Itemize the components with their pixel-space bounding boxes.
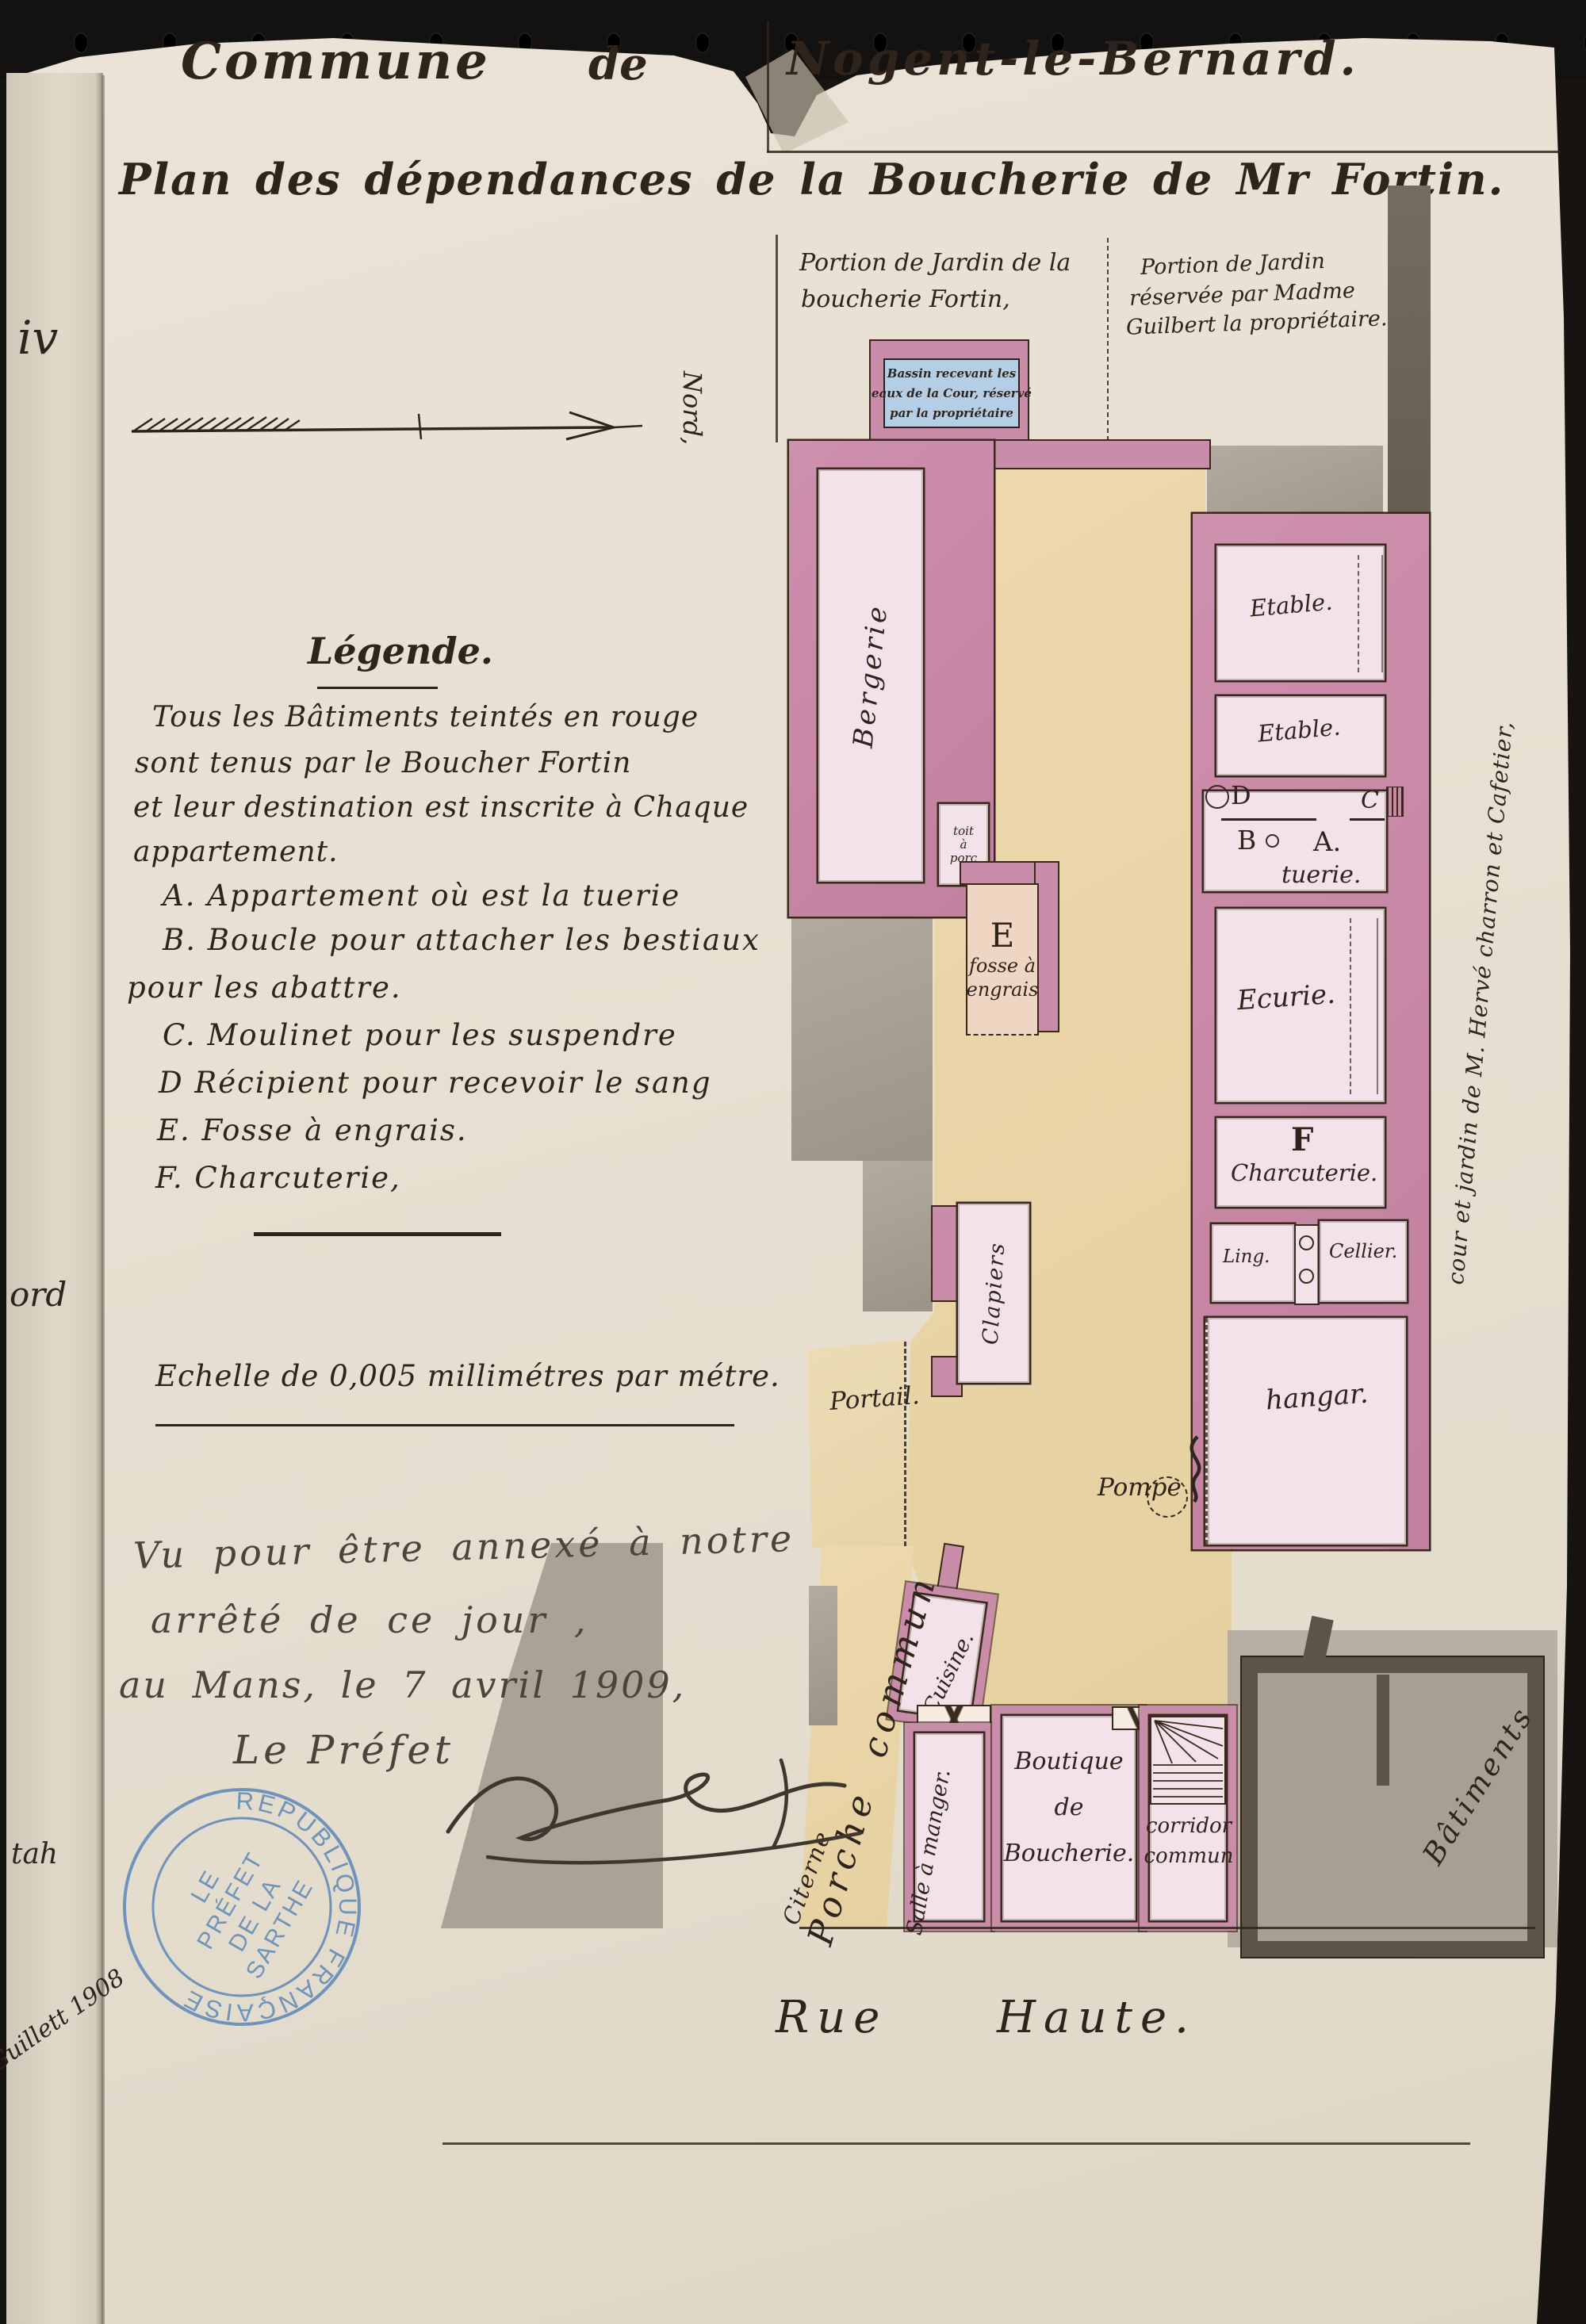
- scanned-plan-document: iv ord tah Guillett 1908 Commune de Noge…: [0, 0, 1586, 2324]
- pigsty-line1: toit: [953, 825, 974, 838]
- legend-intro-3: et leur destination est inscrite à Chaqu…: [133, 791, 749, 824]
- legend-item-e: E. Fosse à engrais.: [157, 1113, 468, 1147]
- boutique-line3: Boucherie.: [1004, 1831, 1135, 1877]
- dark-building-partition: [1377, 1675, 1389, 1786]
- bergerie-text: Bergerie: [848, 602, 895, 749]
- basin-text-2: eaux de la Cour, réservé: [872, 384, 1032, 404]
- legend-intro-1: Tous les Bâtiments teintés en rouge: [152, 701, 699, 733]
- fosse-letter: E: [990, 917, 1015, 954]
- basin-text-3: par la propriétaire: [890, 404, 1013, 423]
- basin-box: Bassin recevant les eaux de la Cour, rés…: [883, 358, 1020, 428]
- garden-left-line1: Portion de Jardin de la: [799, 249, 1071, 277]
- legend-item-b: B. Boucle pour attacher les bestiaux: [163, 923, 760, 957]
- gray-block-lower: [863, 1161, 933, 1311]
- legend-item-b2: pour les abattre.: [127, 971, 402, 1005]
- garden-left-boundary: [776, 235, 778, 442]
- title-de: de: [588, 38, 648, 90]
- portail-yard: [803, 1338, 914, 1548]
- gray-block-upper: [791, 912, 933, 1161]
- boutique-label: Boutique de Boucherie.: [1002, 1729, 1136, 1887]
- legend-item-a: A. Appartement où est la tuerie: [163, 879, 680, 913]
- legend-end-rule: [254, 1232, 501, 1236]
- title-commune: Commune: [181, 32, 491, 91]
- garden-dashed-divider: [1107, 238, 1109, 441]
- tuerie-partition-left: [1221, 818, 1316, 821]
- north-label: Nord,: [677, 371, 707, 445]
- cellier-label: Cellier.: [1329, 1240, 1397, 1262]
- corridor-label: corridor commun: [1145, 1809, 1232, 1873]
- tuerie-letter-c: C: [1361, 787, 1379, 814]
- clapiers-text: Clapiers: [978, 1241, 1009, 1346]
- legend-item-f: F. Charcuterie,: [155, 1161, 401, 1195]
- gray-rect-porch-left: [809, 1586, 837, 1725]
- legend-item-c: C. Moulinet pour les suspendre: [163, 1018, 677, 1052]
- legend-title-underline: [317, 687, 438, 689]
- portail-dashed-line: [904, 1342, 906, 1546]
- bottom-rule: [442, 2142, 1470, 2145]
- dark-building: [1242, 1657, 1543, 1957]
- street-name: Rue Haute.: [776, 1992, 1197, 2043]
- boutique-line1: Boutique: [1014, 1739, 1123, 1785]
- cour-jardin-text: cour et jardin de M. Hervé charron et Ca…: [1442, 720, 1517, 1286]
- room-clapiers: Clapiers: [958, 1204, 1029, 1383]
- room-fosse: E fosse à engrais: [966, 883, 1039, 1036]
- charcuterie-letter-f: F: [1291, 1121, 1313, 1158]
- tuerie-letter-a: A.: [1313, 826, 1341, 858]
- moulinet-hatch: [1386, 787, 1404, 817]
- staircase: [1150, 1716, 1226, 1805]
- pigsty-line2: à: [960, 838, 967, 852]
- fosse-wall-right: [1036, 863, 1058, 1031]
- door-hatch-salle: [917, 1705, 991, 1730]
- tuerie-b-circle: [1266, 834, 1279, 848]
- corridor-line2: commun: [1144, 1841, 1234, 1871]
- scale-note: Echelle de 0,005 millimétres par métre.: [155, 1359, 780, 1393]
- approval-line2: arrêté de ce jour ,: [151, 1598, 589, 1641]
- basin-text-1: Bassin recevant les: [887, 364, 1016, 384]
- north-arrow: [125, 390, 672, 454]
- dark-strip-right: [1388, 186, 1431, 520]
- corridor-line1: corridor: [1146, 1811, 1232, 1841]
- prefect-signature: [432, 1713, 876, 1871]
- street-boundary-line: [799, 1927, 1535, 1929]
- fosse-line2: engrais: [967, 978, 1039, 1001]
- tuerie-partition-right: [1350, 818, 1385, 821]
- ecurie-door-hatch: [1350, 918, 1378, 1094]
- title-vertical-rule: [767, 21, 769, 152]
- margin-fragment-1: iv: [17, 311, 58, 365]
- linge-label: Ling.: [1223, 1246, 1270, 1267]
- title-nogent: Nogent-le-Bernard.: [787, 32, 1360, 86]
- garden-left-line2: boucherie Fortin,: [801, 285, 1010, 313]
- room-hangar: [1205, 1318, 1406, 1545]
- legend-intro-2: sont tenus par le Boucher Fortin: [135, 747, 631, 779]
- tuerie-letter-b: B: [1237, 825, 1256, 856]
- tuerie-letter-d: D: [1231, 780, 1251, 810]
- clapiers-wall-stub: [933, 1207, 960, 1300]
- linge-circle-1: [1299, 1235, 1314, 1250]
- legend-title: Légende.: [308, 630, 493, 672]
- tuerie-door-circle: [1205, 785, 1229, 809]
- fosse-line1: fosse à: [969, 954, 1036, 978]
- clapiers-wall-square: [933, 1357, 961, 1396]
- margin-fragment-3: tah: [11, 1838, 58, 1870]
- legend-item-d: D Récipient pour recevoir le sang: [159, 1066, 712, 1100]
- charcuterie-label: Charcuterie.: [1231, 1159, 1377, 1186]
- legend-intro-4: appartement.: [133, 836, 339, 868]
- linge-circle-2: [1299, 1269, 1314, 1284]
- boutique-line2: de: [1055, 1785, 1084, 1831]
- tuerie-label: tuerie.: [1281, 861, 1361, 889]
- margin-fragment-2: ord: [10, 1275, 67, 1314]
- pompe-glyph: [1172, 1432, 1212, 1505]
- approval-line3: au Mans, le 7 avril 1909,: [119, 1664, 686, 1706]
- scale-underline: [155, 1424, 734, 1426]
- title-horizontal-rule: [767, 151, 1561, 153]
- etable1-door-hatch: [1358, 555, 1383, 672]
- title-subtitle: Plan des dépendances de la Boucherie de …: [119, 154, 1504, 205]
- room-bergerie-label: Bergerie: [818, 469, 923, 882]
